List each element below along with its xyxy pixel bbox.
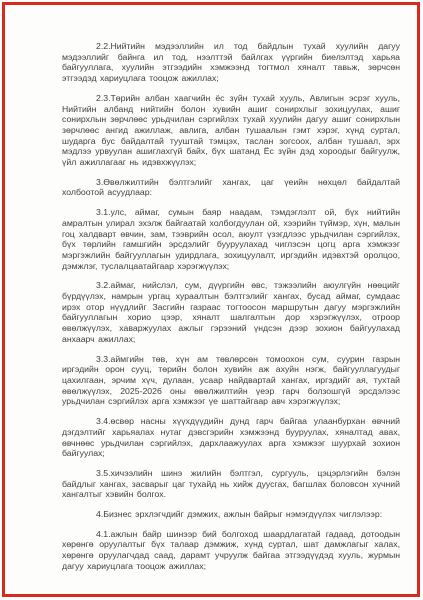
section-heading-4: 4.Бизнес эрхлэгчдийг дэмжих, ажлын байры… — [62, 509, 400, 520]
document-page: 2.2.Нийтийн мэдээллийн ил тод байдлын ту… — [2, 2, 420, 597]
document-body-text: 2.2.Нийтийн мэдээллийн ил тод байдлын ту… — [62, 41, 400, 581]
paragraph-3-2: 3.2.аймаг, нийслэл, сум, дүүргийн өвс, т… — [62, 280, 400, 344]
paragraph-3-4: 3.4.өсвөр насны хүүхдүүдийн дунд гарч ба… — [62, 416, 400, 459]
paragraph-3-5: 3.5.хичээлийн шинэ жилийн бэлтгэл, сургу… — [62, 468, 400, 500]
paragraph-3-3: 3.3.аймгийн төв, хүн ам төвлөрсөн томоох… — [62, 354, 400, 408]
paragraph-2-2: 2.2.Нийтийн мэдээллийн ил тод байдлын ту… — [62, 41, 400, 84]
section-heading-3: 3.Өвөлжилтийн бэлтгэлийг хангах, цаг үеи… — [62, 177, 400, 198]
paragraph-2-3: 2.3.Төрийн албан хаагчийн ёс зүйн тухай … — [62, 93, 400, 168]
paragraph-3-1: 3.1.улс, аймаг, сумын баяр наадам, тэмдэ… — [62, 207, 400, 271]
paragraph-4-1: 4.1.ажлын байр шинээр бий болгоход шаард… — [62, 529, 400, 572]
